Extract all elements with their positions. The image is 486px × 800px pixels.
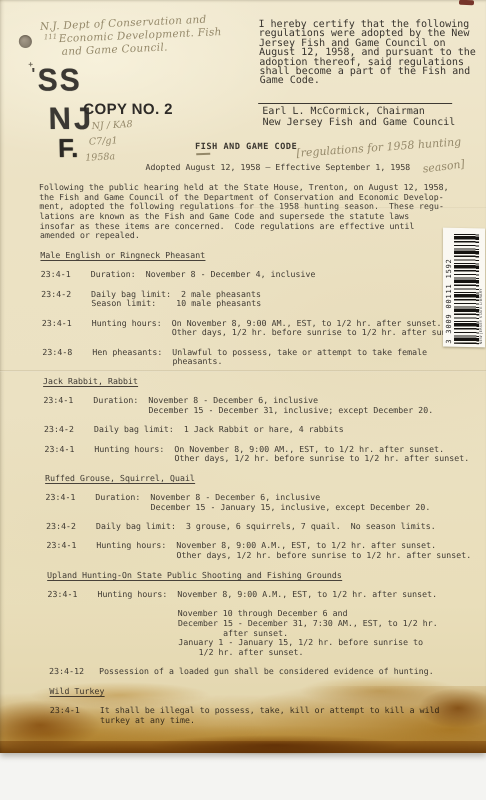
title-annotation: [regulations for 1958 hunting: [296, 135, 462, 159]
section-heading-line: Male English or Ringneck Pheasant: [40, 251, 485, 261]
section-heading-line: Jack Rabbit, Rabbit: [43, 377, 486, 387]
library-stamp-ss: SS: [37, 63, 82, 99]
regulation-line: Other days, 1/2 hr. before sunrise to 1/…: [47, 551, 486, 561]
paper-crease: [200, 207, 486, 209]
title-annotation: season]: [422, 157, 466, 175]
regulation-line: 23:4-12 Possession of a loaded gun shall…: [49, 667, 486, 677]
section-heading-line: Ruffed Grouse, Squirrel, Quail: [45, 474, 486, 484]
barcode-side-text: NEW JERSEY STATE LIBRARY: [479, 232, 483, 344]
handwritten-catalog-note: N.J. Dept of Conservation and Economic D…: [40, 13, 223, 60]
barcode-number: 3 3009 00111 1592: [444, 231, 454, 343]
signatory-organization: New Jersey Fish and Game Council: [262, 117, 455, 128]
paper-crease: [0, 370, 486, 372]
regulations-body: Following the public hearing held at the…: [39, 183, 486, 726]
section-heading: Jack Rabbit, Rabbit: [43, 376, 138, 387]
regulation-line: Season limit: 10 male pheasants: [41, 299, 486, 309]
call-number: NJ / KA8: [91, 119, 133, 132]
section-heading: Male English or Ringneck Pheasant: [40, 250, 205, 261]
library-stamp-f: F.: [58, 133, 79, 164]
document-title: FISH AND GAME CODE: [195, 142, 297, 152]
section-heading: Wild Turkey: [49, 686, 104, 697]
regulation-line: turkey at any time.: [50, 716, 486, 726]
barcode-bars: [454, 231, 479, 343]
regulation-line: Other days, 1/2 hr. before sunrise to 1/…: [42, 328, 486, 338]
handwritten-number: 111: [43, 33, 57, 42]
regulation-line: December 15 - January 15, inclusive, exc…: [46, 503, 486, 513]
signature-line: [258, 103, 452, 104]
call-number: C7/g1: [89, 135, 118, 147]
document-subtitle: Adopted August 12, 1958 — Effective Sept…: [145, 162, 410, 172]
hole-punch: [19, 35, 32, 48]
regulation-line: December 15 - December 31, inclusive; ex…: [44, 406, 486, 416]
certification-line: Game Code.: [260, 76, 477, 85]
stamp-quote-mark: ': [31, 66, 35, 84]
section-heading: Upland Hunting-On State Public Shooting …: [47, 570, 342, 581]
page-content: N.J. Dept of Conservation and Economic D…: [0, 0, 486, 753]
barcode: 3 3009 00111 1592 NEW JERSEY STATE LIBRA…: [444, 231, 484, 344]
regulation-line: 23:4-1 Duration: November 8 - December 4…: [41, 270, 486, 280]
regulation-line: 23:4-1 Hunting hours: November 8, 9:00 A…: [47, 590, 486, 600]
typed-line: [49, 677, 486, 687]
section-heading-line: Upland Hunting-On State Public Shooting …: [47, 571, 486, 581]
certification-text: I hereby certify that the followingregul…: [258, 20, 476, 86]
barcode-label: 3 3009 00111 1592 NEW JERSEY STATE LIBRA…: [443, 228, 485, 348]
regulation-line: pheasants.: [42, 357, 486, 367]
signatory-name: Earl L. McCormick, Chairman: [262, 106, 425, 117]
intro-line: amended or repealed.: [40, 231, 485, 241]
regulation-line: Other days, 1/2 hr. before sunrise to 1/…: [45, 454, 486, 464]
section-heading-line: Wild Turkey: [49, 687, 486, 697]
regulation-line: 23:4-2 Daily bag limit: 3 grouse, 6 squi…: [46, 522, 486, 532]
regulation-line: 23:4-2 Daily bag limit: 1 Jack Rabbit or…: [44, 425, 486, 435]
scanned-page: N.J. Dept of Conservation and Economic D…: [0, 0, 486, 753]
regulation-line: 1/2 hr. after sunset.: [49, 648, 486, 658]
copy-number-stamp: COPY NO. 2: [83, 101, 173, 118]
call-number: 1958a: [85, 151, 116, 164]
corner-mark: [459, 0, 474, 5]
pencil-underline: [196, 153, 210, 155]
section-heading: Ruffed Grouse, Squirrel, Quail: [45, 473, 195, 484]
